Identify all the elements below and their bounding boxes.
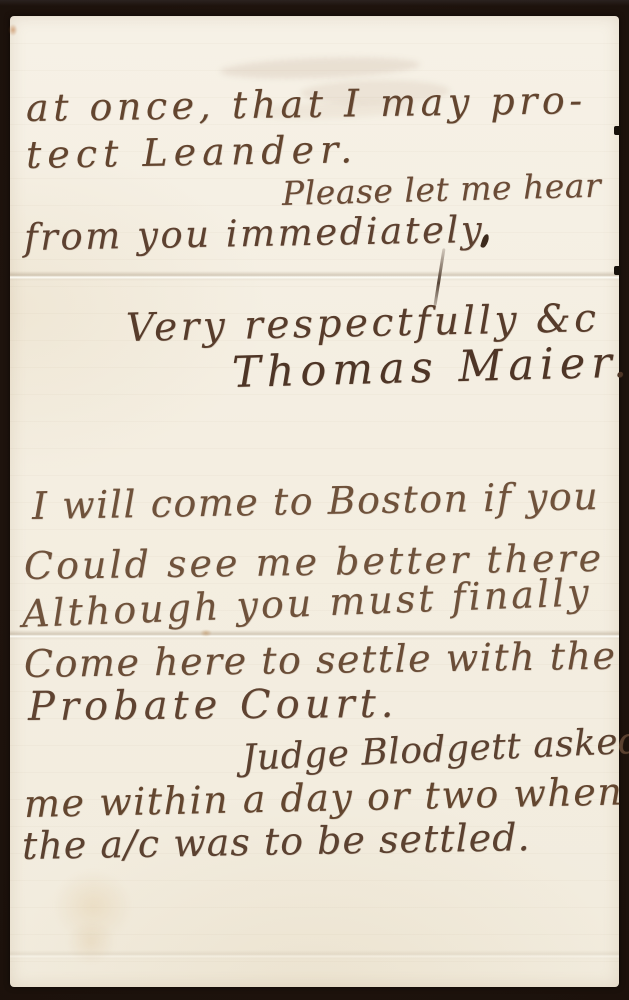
fold-crease xyxy=(10,950,619,960)
bleedthrough-smudge xyxy=(220,55,421,82)
handwriting-line: from you immediately, xyxy=(24,208,494,259)
handwriting-line: the a/c was to be settled. xyxy=(22,815,531,868)
edge-notch xyxy=(614,126,621,135)
letter-page: at once, that I may pro- tect Leander. P… xyxy=(10,16,619,987)
handwriting-line: Please let me hear xyxy=(281,166,601,213)
handwriting-line: tect Leander. xyxy=(26,127,359,177)
fold-crease xyxy=(10,271,619,281)
handwriting-line: I will come to Boston if you xyxy=(32,474,600,528)
pen-flourish xyxy=(433,248,445,306)
age-stain xyxy=(56,912,126,972)
age-stain xyxy=(38,856,148,956)
handwriting-line: at once, that I may pro- xyxy=(26,78,587,130)
letter-photograph: at once, that I may pro- tect Leander. P… xyxy=(0,0,629,1000)
handwriting-line: Come here to settle with the xyxy=(24,634,617,686)
age-stain xyxy=(198,628,214,638)
edge-notch xyxy=(614,266,621,275)
handwriting-line: Probate Court. xyxy=(28,681,399,730)
signature: Thomas Maier. xyxy=(231,338,629,398)
age-stain xyxy=(7,22,19,38)
handwriting-line: me within a day or two when xyxy=(24,769,624,826)
